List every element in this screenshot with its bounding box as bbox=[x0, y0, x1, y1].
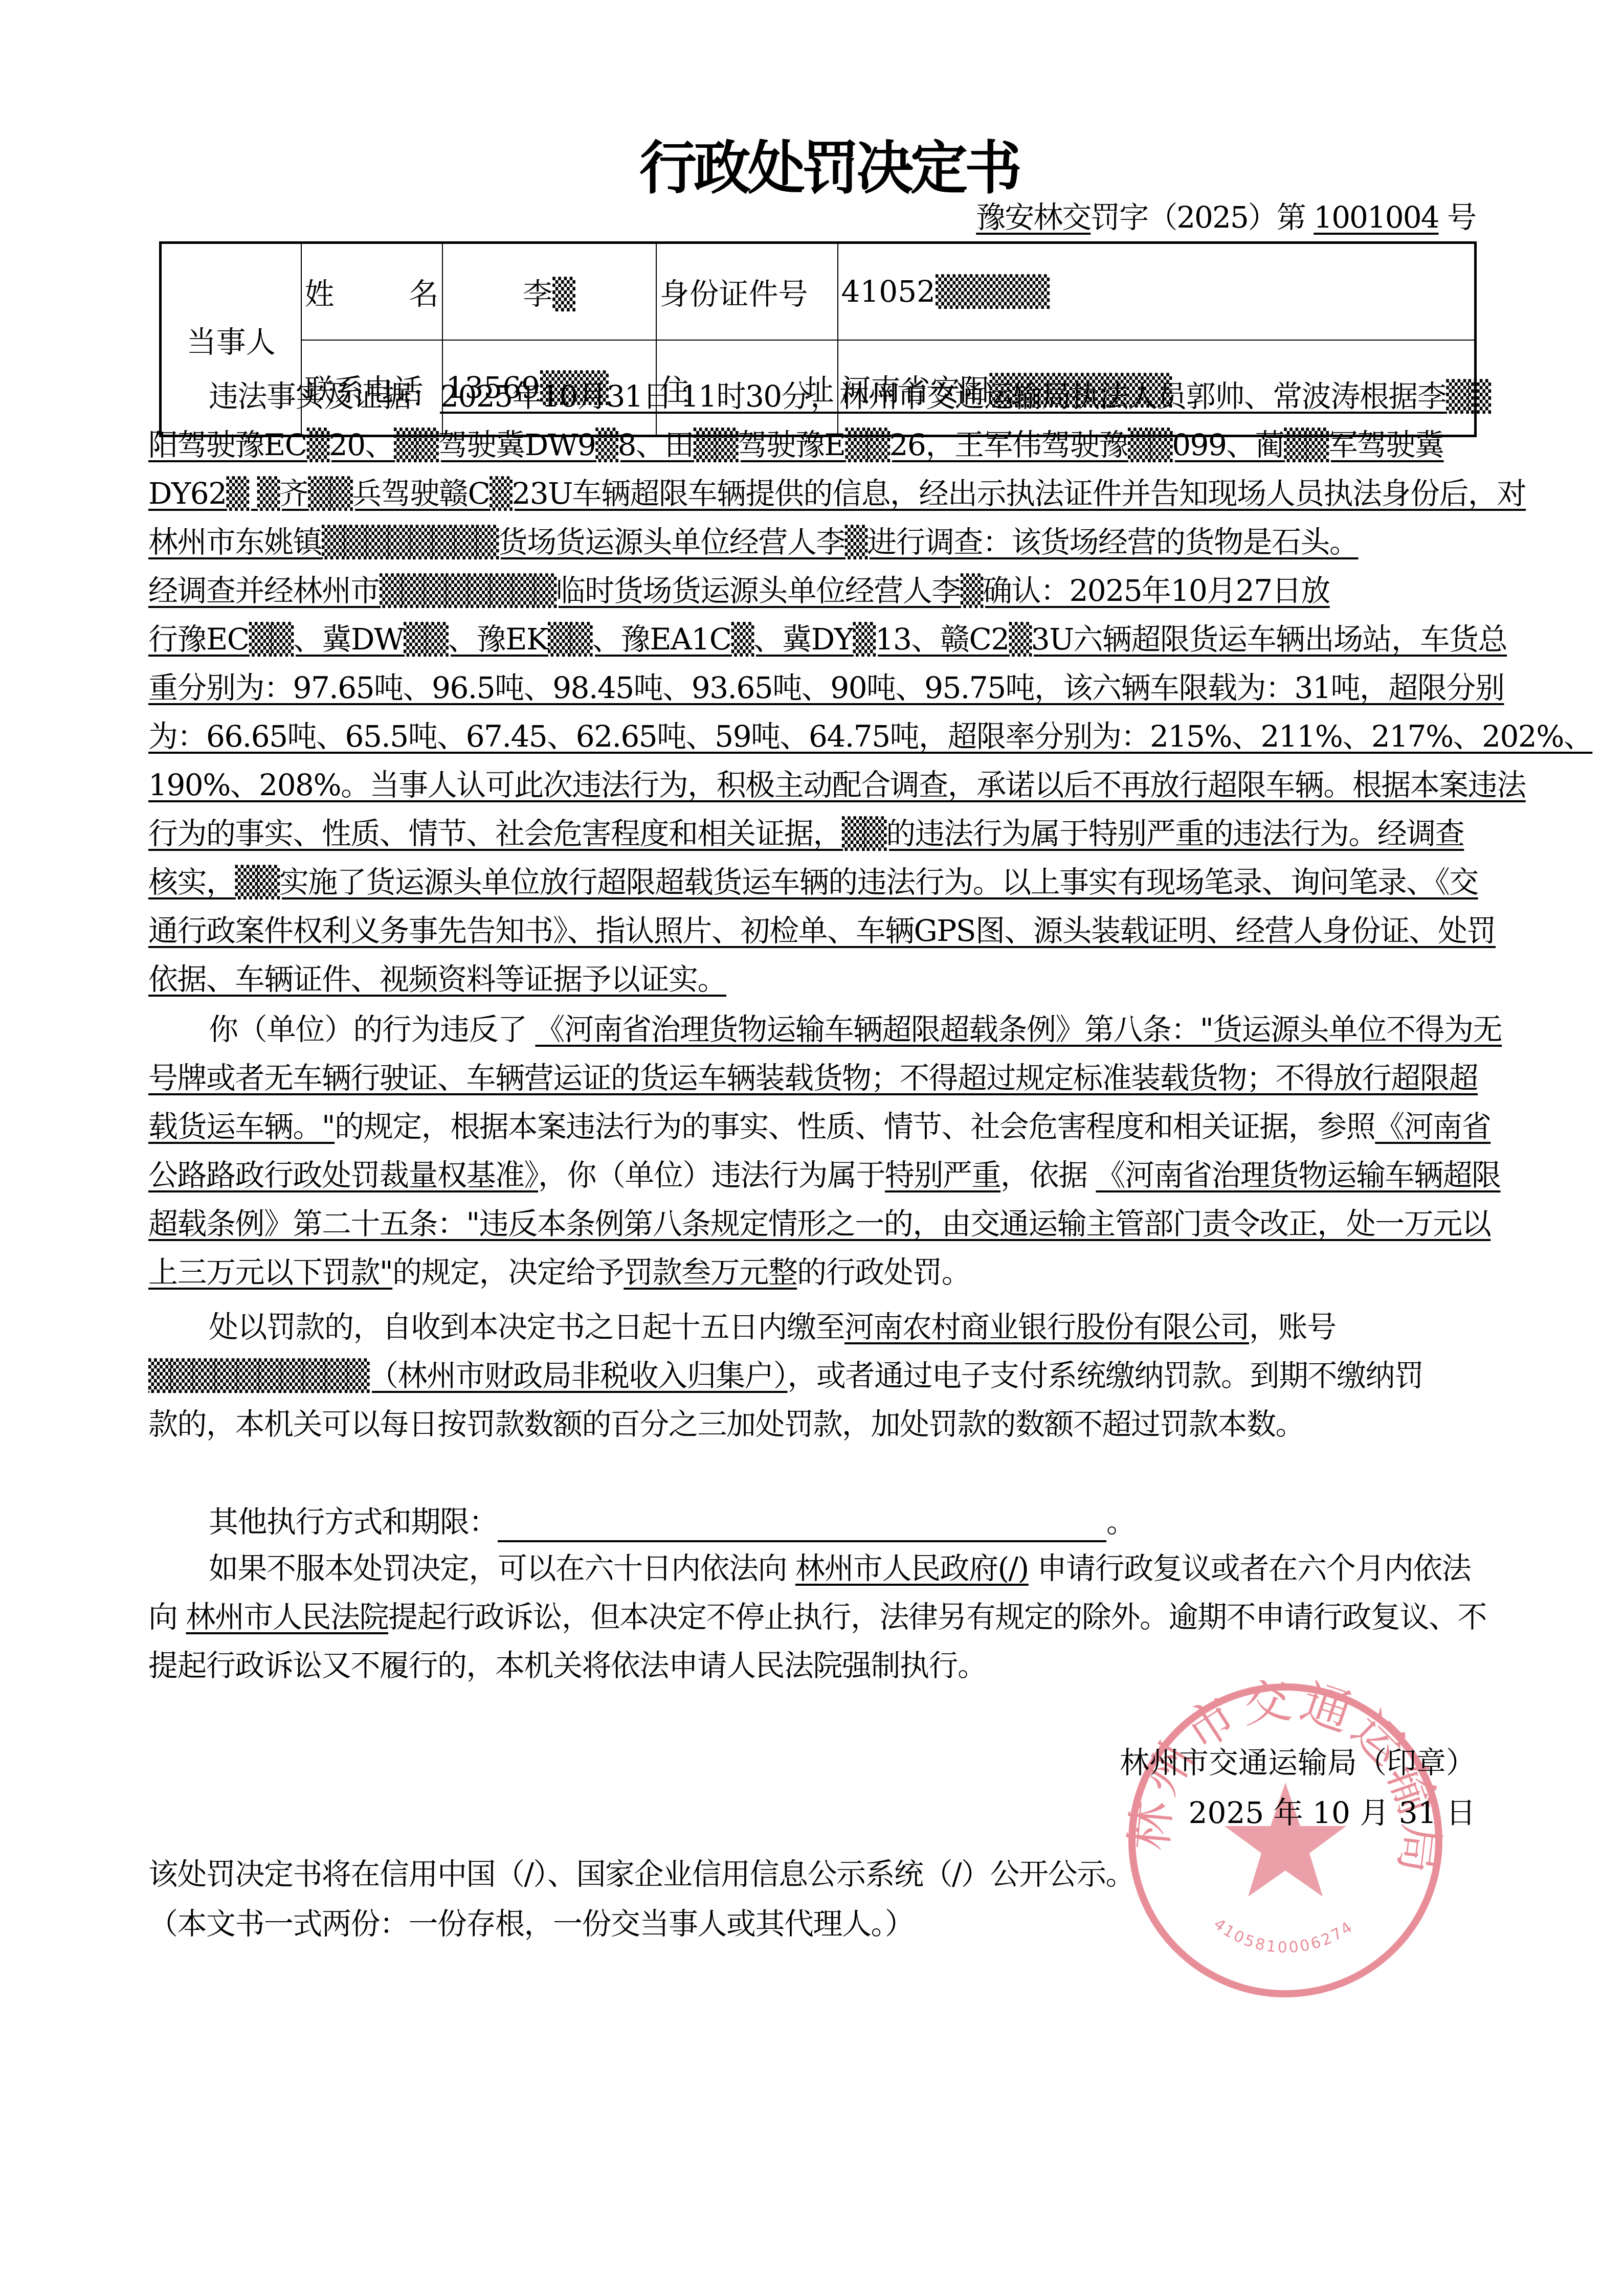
text-line: 重分别为：97.65吨、96.5吨、98.45吨、93.65吨、90吨、95.7… bbox=[148, 667, 1478, 708]
text: 提起行政诉讼又不履行的，本机关将依法申请人民法院强制执行。 bbox=[148, 1648, 987, 1683]
underlined-text: 超载条例》第二十五条："违反本条例第八条规定情形之一的，由交通运输主管部门责令改… bbox=[148, 1206, 1490, 1241]
text-line: 款的，本机关可以每日按罚款数额的百分之三加处罚款，加处罚款的数额不超过罚款本数。 bbox=[148, 1404, 1478, 1445]
copies-note: （本文书一式两份：一份存根，一份交当事人或其代理人。） bbox=[148, 1903, 1478, 1944]
other-execution-blank bbox=[498, 1511, 1106, 1542]
doc-number-prefix: 豫安林交 bbox=[976, 200, 1091, 235]
underlined-text: 依据、车辆证件、视频资料等证据予以证实。 bbox=[148, 962, 726, 997]
publicity-note: 该处罚决定书将在信用中国（/）、国家企业信用信息公示系统（/）公开公示。 bbox=[148, 1854, 1478, 1895]
text-line: 行豫EC▒▒、冀DW▒▒、豫EK▒▒、豫EA1C▒、冀DY▒13、赣C2▒3U六… bbox=[148, 619, 1478, 660]
text: 的规定，根据本案违法行为的事实、性质、情节、社会危害程度和相关证据，参照 bbox=[335, 1109, 1375, 1144]
text-line: 公路路政行政处罚裁量权基准》，你（单位）违法行为属于特别严重，依据 《河南省治理… bbox=[148, 1155, 1478, 1196]
underlined-text: 190%、208%。当事人认可此次违法行为，积极主动配合调查，承诺以后不再放行超… bbox=[148, 768, 1526, 802]
text: 提起行政诉讼，但本决定不停止执行，法律另有规定的除外。逾期不申请行政复议、不 bbox=[388, 1600, 1486, 1634]
underlined-text: 林州市人民法院 bbox=[186, 1600, 388, 1634]
text: ，账号 bbox=[1249, 1310, 1336, 1344]
text-line: 通行政案件权利义务事先告知书》、指认照片、初检单、车辆GPS图、源头装载证明、经… bbox=[148, 910, 1478, 951]
text-line: 号牌或者无车辆行驶证、车辆营运证的货运车辆装载货物；不得超过规定标准装载货物；不… bbox=[148, 1057, 1478, 1098]
text-line: 经调查并经林州市▒▒▒▒▒▒▒▒临时货场货运源头单位经营人李▒确认：2025年1… bbox=[148, 570, 1478, 611]
underlined-text: ▒▒▒▒▒▒▒▒▒▒（林州市财政局非税收入归集户） bbox=[148, 1358, 788, 1393]
doc-number-value: 1001004 bbox=[1314, 200, 1438, 235]
text: 的行政处罚。 bbox=[797, 1255, 970, 1290]
underlined-text: 林州市人民政府(/) bbox=[795, 1551, 1029, 1586]
text-line: 依据、车辆证件、视频资料等证据予以证实。 bbox=[148, 959, 1478, 1000]
text-line: ▒▒▒▒▒▒▒▒▒▒（林州市财政局非税收入归集户），或者通过电子支付系统缴纳罚款… bbox=[148, 1355, 1478, 1396]
underlined-text: 重分别为：97.65吨、96.5吨、98.45吨、93.65吨、90吨、95.7… bbox=[148, 670, 1504, 705]
text-line: 处以罚款的，自收到本决定书之日起十五日内缴至河南农村商业银行股份有限公司，账号 bbox=[148, 1307, 1539, 1347]
underlined-text: 载货运车辆。" bbox=[148, 1109, 335, 1144]
text: 违法事实及证据： bbox=[209, 379, 440, 414]
text-line: 上三万元以下罚款"的规定，决定给予罚款叁万元整的行政处罚。 bbox=[148, 1252, 1478, 1293]
text: ，或者通过电子支付系统缴纳罚款。到期不缴纳罚 bbox=[788, 1358, 1423, 1393]
underlined-text: 《河南省治理货物运输车辆超限 bbox=[1096, 1158, 1500, 1192]
underlined-text: 行豫EC▒▒、冀DW▒▒、豫EK▒▒、豫EA1C▒、冀DY▒13、赣C2▒3U六… bbox=[148, 622, 1507, 657]
id-value: 41052▒▒▒▒▒ bbox=[838, 243, 1476, 340]
underlined-text: 上三万元以下罚款" bbox=[148, 1255, 392, 1290]
text-line: 你（单位）的行为违反了 《河南省治理货物运输车辆超限超载条例》第八条："货运源头… bbox=[148, 1009, 1539, 1050]
id-label: 身份证件号 bbox=[656, 243, 838, 340]
text-line: 林州市东姚镇▒▒▒▒▒▒▒▒货场货运源头单位经营人李▒进行调查：该货场经营的货物… bbox=[148, 522, 1478, 562]
underlined-text: 通行政案件权利义务事先告知书》、指认照片、初检单、车辆GPS图、源头装载证明、经… bbox=[148, 913, 1496, 948]
text-line: 如果不服本处罚决定，可以在六十日内依法向 林州市人民政府(/) 申请行政复议或者… bbox=[148, 1548, 1539, 1589]
issuer-signature: 林州市交通运输局（印章） bbox=[1120, 1739, 1476, 1782]
text: 你（单位）的行为违反了 bbox=[209, 1012, 535, 1047]
underlined-text: 2025年10月31日 11时30分，林州市交通运输局执法人员郭帅、常波涛根据李… bbox=[440, 379, 1490, 414]
text-line: 载货运车辆。"的规定，根据本案违法行为的事实、性质、情节、社会危害程度和相关证据… bbox=[148, 1106, 1478, 1147]
text: ，依据 bbox=[1000, 1158, 1096, 1192]
underlined-text: 经调查并经林州市▒▒▒▒▒▒▒▒临时货场货运源头单位经营人李▒确认：2025年1… bbox=[148, 573, 1330, 608]
doc-number-middle: 罚字（2025）第 bbox=[1091, 200, 1305, 235]
underlined-text: 特别严重 bbox=[885, 1158, 1000, 1192]
underlined-text: DY62▒ ▒齐▒▒兵驾驶赣C▒23U车辆超限车辆提供的信息，经出示执法证件并告… bbox=[148, 476, 1526, 511]
text-line: 为：66.65吨、65.5吨、67.45、62.65吨、59吨、64.75吨，超… bbox=[148, 716, 1478, 757]
text-line: 阳驾驶豫EC▒20、▒▒驾驶冀DW9▒8、田▒▒驾驶豫E▒▒26，王军伟驾驶豫▒… bbox=[148, 424, 1478, 465]
text: 向 bbox=[148, 1600, 186, 1634]
text-line: 核实，▒▒实施了货运源头单位放行超限超载货运车辆的违法行为。以上事实有现场笔录、… bbox=[148, 862, 1478, 903]
text-line: 违法事实及证据：2025年10月31日 11时30分，林州市交通运输局执法人员郭… bbox=[148, 376, 1539, 417]
underlined-text: 河南农村商业银行股份有限公司 bbox=[844, 1310, 1249, 1344]
text: ，你（单位）违法行为属于 bbox=[538, 1158, 885, 1192]
text: 申请行政复议或者在六个月内依法 bbox=[1029, 1551, 1471, 1586]
text-line: 超载条例》第二十五条："违反本条例第八条规定情形之一的，由交通运输主管部门责令改… bbox=[148, 1203, 1478, 1244]
text: 的规定，决定给予 bbox=[392, 1255, 624, 1290]
underlined-text: 行为的事实、性质、情节、社会危害程度和相关证据，▒▒的违法行为属于特别严重的违法… bbox=[148, 816, 1464, 851]
text-line: 190%、208%。当事人认可此次违法行为，积极主动配合调查，承诺以后不再放行超… bbox=[148, 764, 1478, 805]
other-execution: 其他执行方式和期限：。 bbox=[148, 1501, 1539, 1542]
text-line: 向 林州市人民法院提起行政诉讼，但本决定不停止执行，法律另有规定的除外。逾期不申… bbox=[148, 1596, 1478, 1637]
underlined-text: 号牌或者无车辆行驶证、车辆营运证的货运车辆装载货物；不得超过规定标准装载货物；不… bbox=[148, 1061, 1478, 1095]
text: 如果不服本处罚决定，可以在六十日内依法向 bbox=[209, 1551, 795, 1586]
underlined-text: 罚款叁万元整 bbox=[624, 1255, 797, 1290]
text: 处以罚款的，自收到本决定书之日起十五日内缴至 bbox=[209, 1310, 844, 1344]
underlined-text: 林州市东姚镇▒▒▒▒▒▒▒▒货场货运源头单位经营人李▒进行调查：该货场经营的货物… bbox=[148, 525, 1358, 559]
text-line: DY62▒ ▒齐▒▒兵驾驶赣C▒23U车辆超限车辆提供的信息，经出示执法证件并告… bbox=[148, 473, 1478, 514]
issue-date: 2025 年 10 月 31 日 bbox=[1189, 1789, 1476, 1832]
document-number: 豫安林交罚字（2025）第 1001004 号 bbox=[976, 193, 1476, 236]
document-title: 行政处罚决定书 bbox=[639, 123, 1019, 205]
underlined-text: 为：66.65吨、65.5吨、67.45、62.65吨、59吨、64.75吨，超… bbox=[148, 719, 1592, 754]
underlined-text: 公路路政行政处罚裁量权基准》 bbox=[148, 1158, 538, 1192]
name-label: 姓名 bbox=[301, 243, 442, 340]
official-seal-icon: 林州市交通运输局 4105810006274 bbox=[1125, 1680, 1445, 2000]
text-line: 提起行政诉讼又不履行的，本机关将依法申请人民法院强制执行。 bbox=[148, 1645, 1478, 1686]
text-line: 行为的事实、性质、情节、社会危害程度和相关证据，▒▒的违法行为属于特别严重的违法… bbox=[148, 813, 1478, 854]
underlined-text: 核实，▒▒实施了货运源头单位放行超限超载货运车辆的违法行为。以上事实有现场笔录、… bbox=[148, 865, 1478, 899]
other-execution-label: 其他执行方式和期限： bbox=[209, 1504, 498, 1539]
underlined-text: 《河南省治理货物运输车辆超限超载条例》第八条："货运源头单位不得为无 bbox=[535, 1012, 1502, 1047]
doc-number-suffix: 号 bbox=[1447, 200, 1476, 235]
text: 款的，本机关可以每日按罚款数额的百分之三加处罚款，加处罚款的数额不超过罚款本数。 bbox=[148, 1407, 1304, 1442]
underlined-text: 《河南省 bbox=[1375, 1109, 1490, 1144]
name-value: 李▒ bbox=[442, 243, 656, 340]
underlined-text: 阳驾驶豫EC▒20、▒▒驾驶冀DW9▒8、田▒▒驾驶豫E▒▒26，王军伟驾驶豫▒… bbox=[148, 427, 1444, 462]
